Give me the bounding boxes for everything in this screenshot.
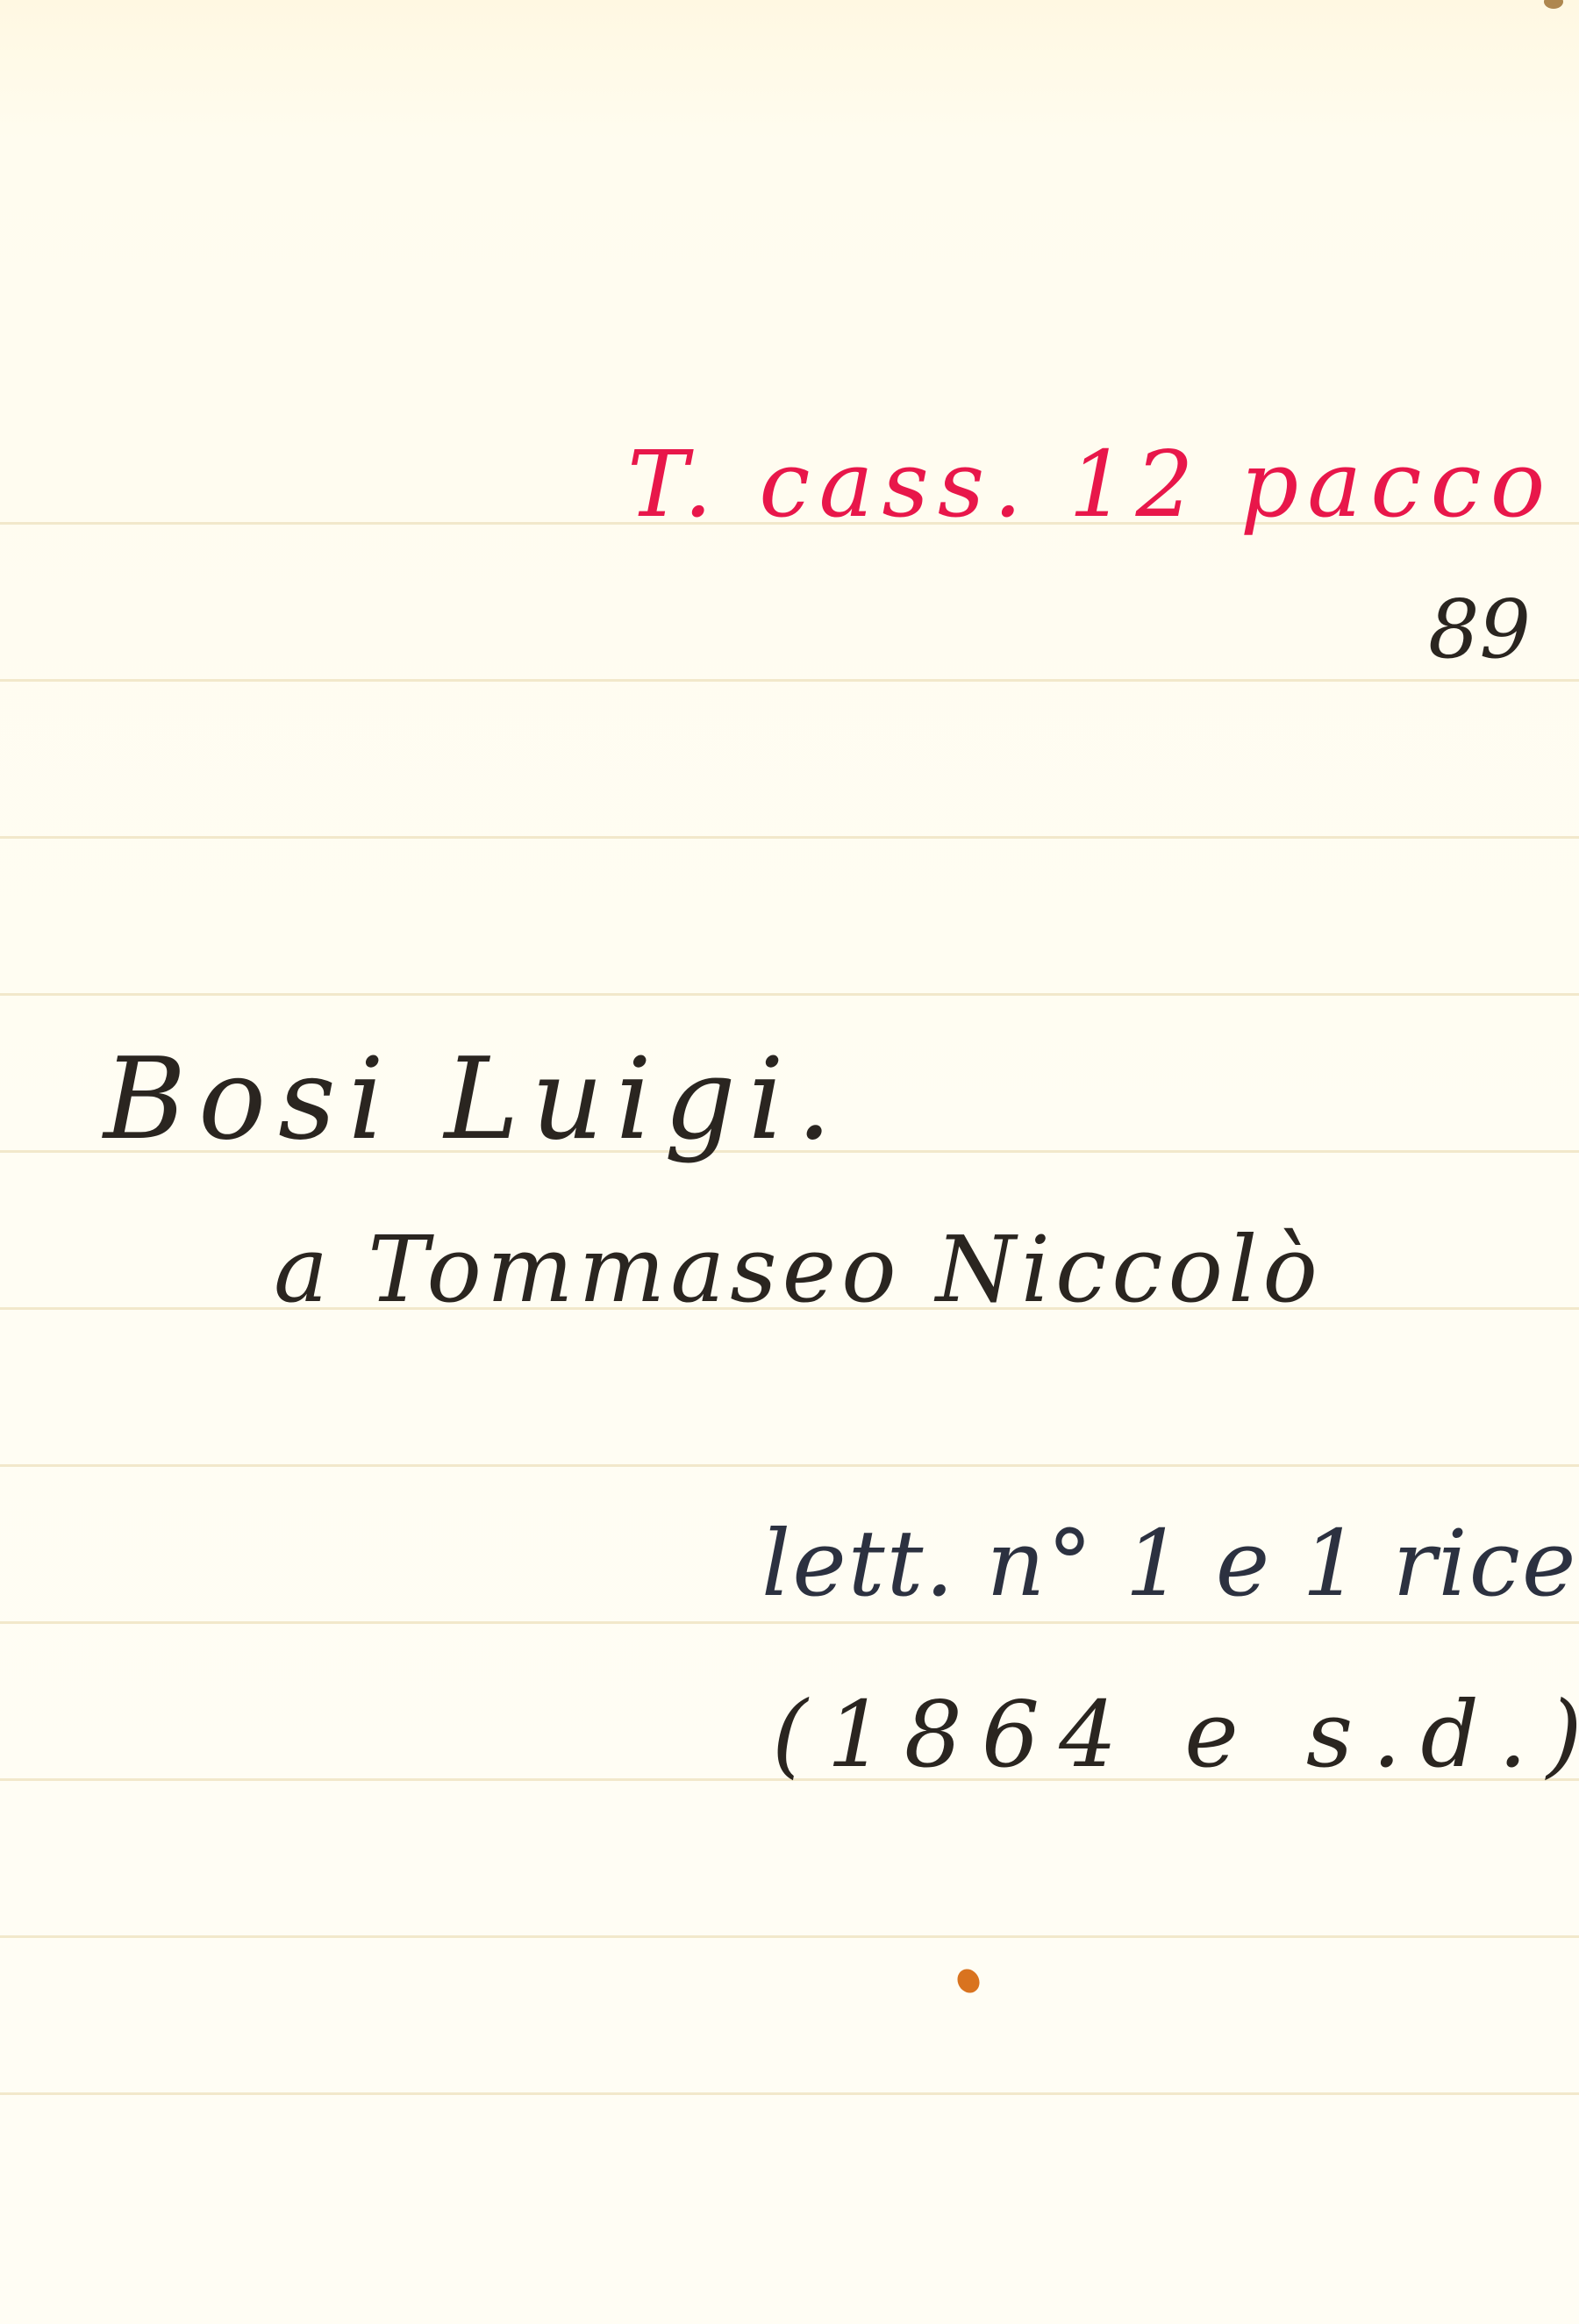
- ruled-line: [0, 1935, 1579, 1938]
- ruled-line: [0, 1621, 1579, 1624]
- shelfmark-text: T. cass. 12 pacco 57.: [627, 439, 1579, 530]
- date-range: (1864 e s.d.): [772, 1689, 1579, 1780]
- corner-mark: [1544, 0, 1563, 9]
- author-name: Bosi Luigi.: [104, 1044, 844, 1156]
- ruled-line: [0, 993, 1579, 996]
- contents-description: lett. n° 1 e 1 ricevuta: [761, 1518, 1579, 1609]
- ruled-line: [0, 2092, 1579, 2095]
- index-card: T. cass. 12 pacco 57. 89 Bosi Luigi. a T…: [0, 0, 1579, 2324]
- orange-ink-dot: [954, 1965, 984, 1997]
- ruled-line: [0, 679, 1579, 682]
- ruled-line: [0, 836, 1579, 839]
- recipient-name: a Tommaseo Niccolò: [274, 1224, 1323, 1315]
- ruled-line: [0, 1464, 1579, 1467]
- item-number: 89: [1428, 590, 1531, 670]
